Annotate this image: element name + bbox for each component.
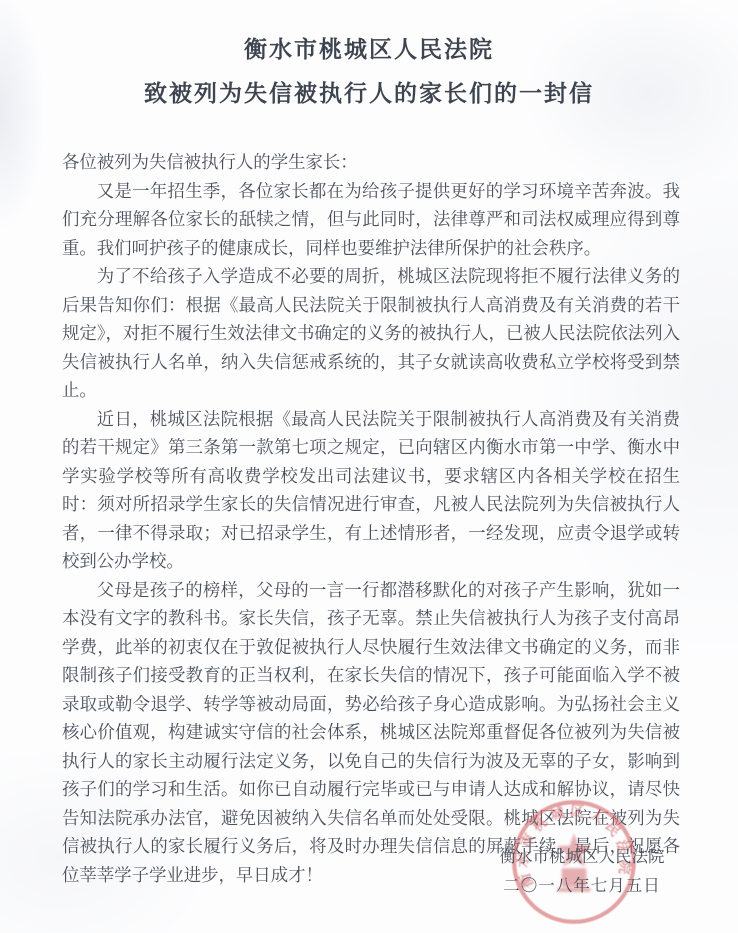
court-title: 衡水市桃城区人民法院 <box>0 34 738 64</box>
signature-date: 二〇一八年七月五日 <box>494 871 670 900</box>
salutation: 各位被列为失信被执行人的学生家长： <box>62 148 680 177</box>
signature-block: 衡水市桃城区人民法院 二〇一八年七月五日 <box>494 842 670 900</box>
letter-title: 致被列为失信被执行人的家长们的一封信 <box>0 78 738 108</box>
signature-court-name: 衡水市桃城区人民法院 <box>494 842 670 871</box>
letter-body: 各位被列为失信被执行人的学生家长： 又是一年招生季，各位家长都在为给孩子提供更好… <box>62 148 680 889</box>
body-paragraph-3: 近日，桃城区法院根据《最高人民法院关于限制被执行人高消费及有关消费的若干规定》第… <box>62 405 680 576</box>
body-paragraph-1: 又是一年招生季，各位家长都在为给孩子提供更好的学习环境辛苦奔波。我们充分理解各位… <box>62 177 680 263</box>
letter-page: 衡水市桃城区人民法院 致被列为失信被执行人的家长们的一封信 各位被列为失信被执行… <box>0 0 738 933</box>
body-paragraph-2: 为了不给孩子入学造成不必要的周折，桃城区法院现将拒不履行法律义务的后果告知你们：… <box>62 262 680 405</box>
